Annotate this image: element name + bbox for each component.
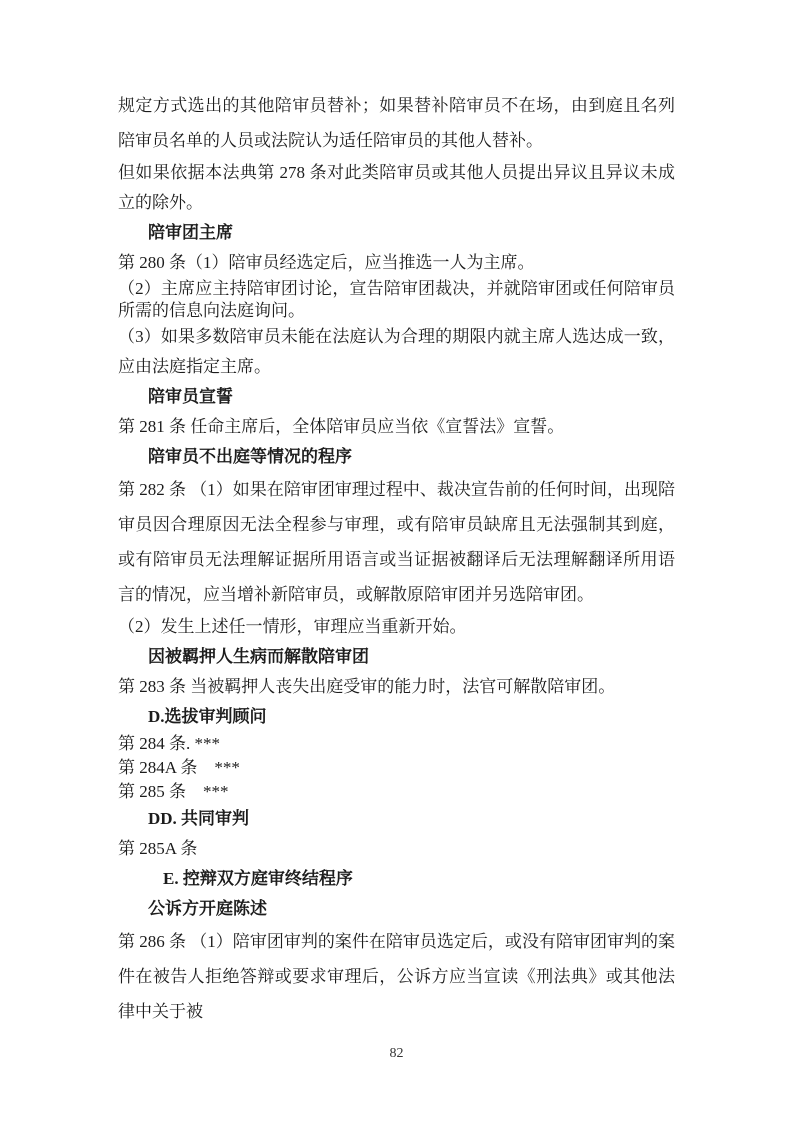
paragraph: （2）主席应主持陪审团讨论，宣告陪审团裁决，并就陪审团或任何陪审员所需的信息向法… [118,278,675,322]
paragraph: 第 285A 条 [118,834,675,864]
section-heading: 陪审团主席 [118,218,675,248]
page-number: 82 [0,1046,793,1062]
paragraph: 第 284A 条 *** [118,756,675,780]
paragraph: （2）发生上述任一情形，审理应当重新开始。 [118,612,675,642]
paragraph: 第 283 条 当被羁押人丧失出庭受审的能力时，法官可解散陪审团。 [118,672,675,702]
paragraph: 第 284 条. *** [118,732,675,756]
document-page: 规定方式选出的其他陪审员替补；如果替补陪审员不在场，由到庭且名列陪审员名单的人员… [0,0,793,1122]
section-heading: DD. 共同审判 [118,804,675,834]
section-heading: 公诉方开庭陈述 [118,894,675,924]
paragraph: 第 281 条 任命主席后，全体陪审员应当依《宣誓法》宣誓。 [118,412,675,442]
paragraph: 第 280 条（1）陪审员经选定后，应当推选一人为主席。 [118,248,675,278]
paragraph: 但如果依据本法典第 278 条对此类陪审员或其他人员提出异议且异议未成立的除外。 [118,158,675,218]
section-heading: 陪审员不出庭等情况的程序 [118,442,675,472]
section-heading: 陪审员宣誓 [118,382,675,412]
section-heading: 因被羁押人生病而解散陪审团 [118,642,675,672]
section-heading: E. 控辩双方庭审终结程序 [118,864,675,894]
section-heading: D.选拔审判顾问 [118,702,675,732]
paragraph: （3）如果多数陪审员未能在法庭认为合理的期限内就主席人选达成一致，应由法庭指定主… [118,322,675,382]
paragraph: 第 286 条 （1）陪审团审判的案件在陪审员选定后，或没有陪审团审判的案件在被… [118,924,675,1029]
paragraph: 第 285 条 *** [118,780,675,804]
paragraph: 规定方式选出的其他陪审员替补；如果替补陪审员不在场，由到庭且名列陪审员名单的人员… [118,88,675,158]
document-body-text: 规定方式选出的其他陪审员替补；如果替补陪审员不在场，由到庭且名列陪审员名单的人员… [118,88,675,1029]
paragraph: 第 282 条 （1）如果在陪审团审理过程中、裁决宣告前的任何时间，出现陪审员因… [118,472,675,612]
